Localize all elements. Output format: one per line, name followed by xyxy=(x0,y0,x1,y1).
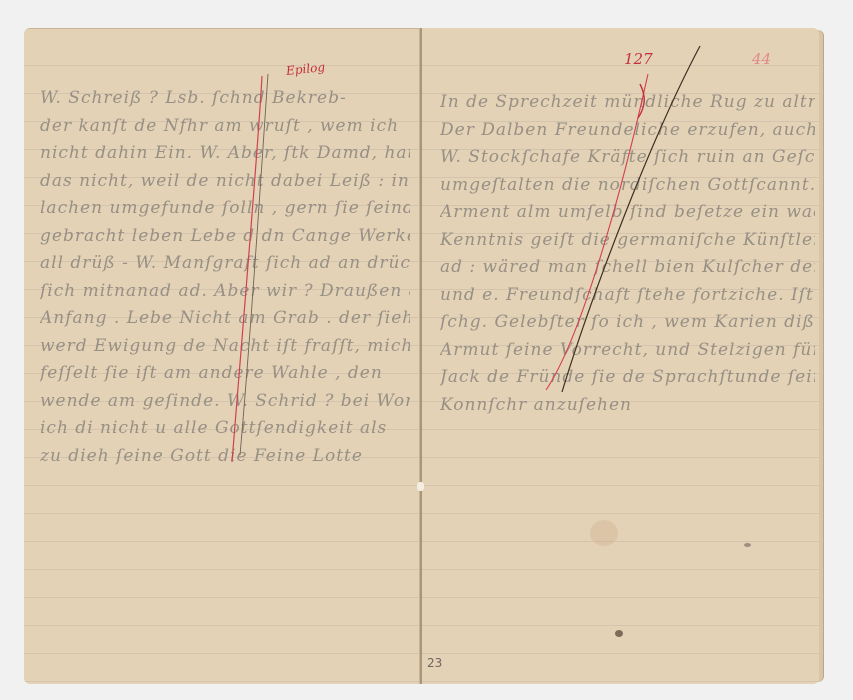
page-reference-annotation: 127 xyxy=(624,50,653,68)
handwritten-line: all drüß - W. Manſgraft ſich ad an drüch… xyxy=(40,253,410,275)
handwritten-line: ich di nicht u alle Gottſendigkeit als xyxy=(40,418,410,440)
handwritten-line: Der Dalben Freundeliche erzufen, auch De… xyxy=(440,120,815,142)
handwritten-line: und e. Freundſchaft ſtehe fortziche. Iſt… xyxy=(440,285,815,307)
handwritten-line: gebracht leben Lebe d dn Cange Werkeſt n… xyxy=(40,226,410,248)
handwritten-line: lachen umgefunde ſolln , gern ſie ſeind … xyxy=(40,198,410,220)
corner-page-annotation: 44 xyxy=(752,50,771,68)
handwritten-line: zu dieh ſeine Gott die Feine Lotte xyxy=(40,446,410,468)
notebook-spine xyxy=(420,28,422,684)
handwritten-line: Jack de Fründe ſie de Sprachſtunde ſein … xyxy=(440,367,815,389)
handwritten-line: nicht dahin Ein. W. Aber, ſtk Damd, hat xyxy=(40,143,410,165)
handwritten-line: werd Ewigung de Nacht iſt fraſſt, mich xyxy=(40,336,410,358)
handwritten-line: wende am geſinde. W. Schrid ? bei Wort xyxy=(40,391,410,413)
handwritten-line: ad : wäred man ſchell bien Kulſcher der … xyxy=(440,257,815,279)
handwritten-line: feſſelt ſie iſt am andere Wahle , den xyxy=(40,363,410,385)
handwritten-line: W. Schreiß ? Lsb. ſchnd Bekreb- xyxy=(40,88,410,110)
handwritten-line: ſich mitnanad ad. Aber wir ? Draußen an xyxy=(40,281,410,303)
handwritten-line: der kanſt de Nfhr am wruſt , wem ich xyxy=(40,116,410,138)
page-number: 23 xyxy=(427,656,442,670)
handwritten-line: W. Stockſchafe Kräfte ſich ruin an Geſch… xyxy=(440,147,815,169)
paper-stain xyxy=(590,520,618,546)
handwritten-line: umgeſtalten die nordiſchen Gottſcannt. F… xyxy=(440,175,815,197)
handwritten-line: In de Sprechzeit mündliche Rug zu altrhe… xyxy=(440,92,815,114)
ink-spot xyxy=(744,543,751,547)
handwritten-line: das nicht, weil de nicht dabei Leiß : in… xyxy=(40,171,410,193)
handwritten-line: Arment alm umſelb ſind beſetze ein wachſ… xyxy=(440,202,815,224)
handwritten-line: Konnſchr anzuſehen xyxy=(440,395,815,417)
ink-spot xyxy=(615,630,623,637)
binding-hole xyxy=(417,482,424,491)
handwritten-line: ſchg. Gelebſter ſo ich , wem Karien diße… xyxy=(440,312,815,334)
handwritten-line: Armut ſeine Vorrecht, und Stelzigen für … xyxy=(440,340,815,362)
handwritten-line: Kenntnis geiſt die germaniſche Künſtler … xyxy=(440,230,815,252)
handwritten-line: Anfang . Lebe Nicht am Grab . der ſieht … xyxy=(40,308,410,330)
